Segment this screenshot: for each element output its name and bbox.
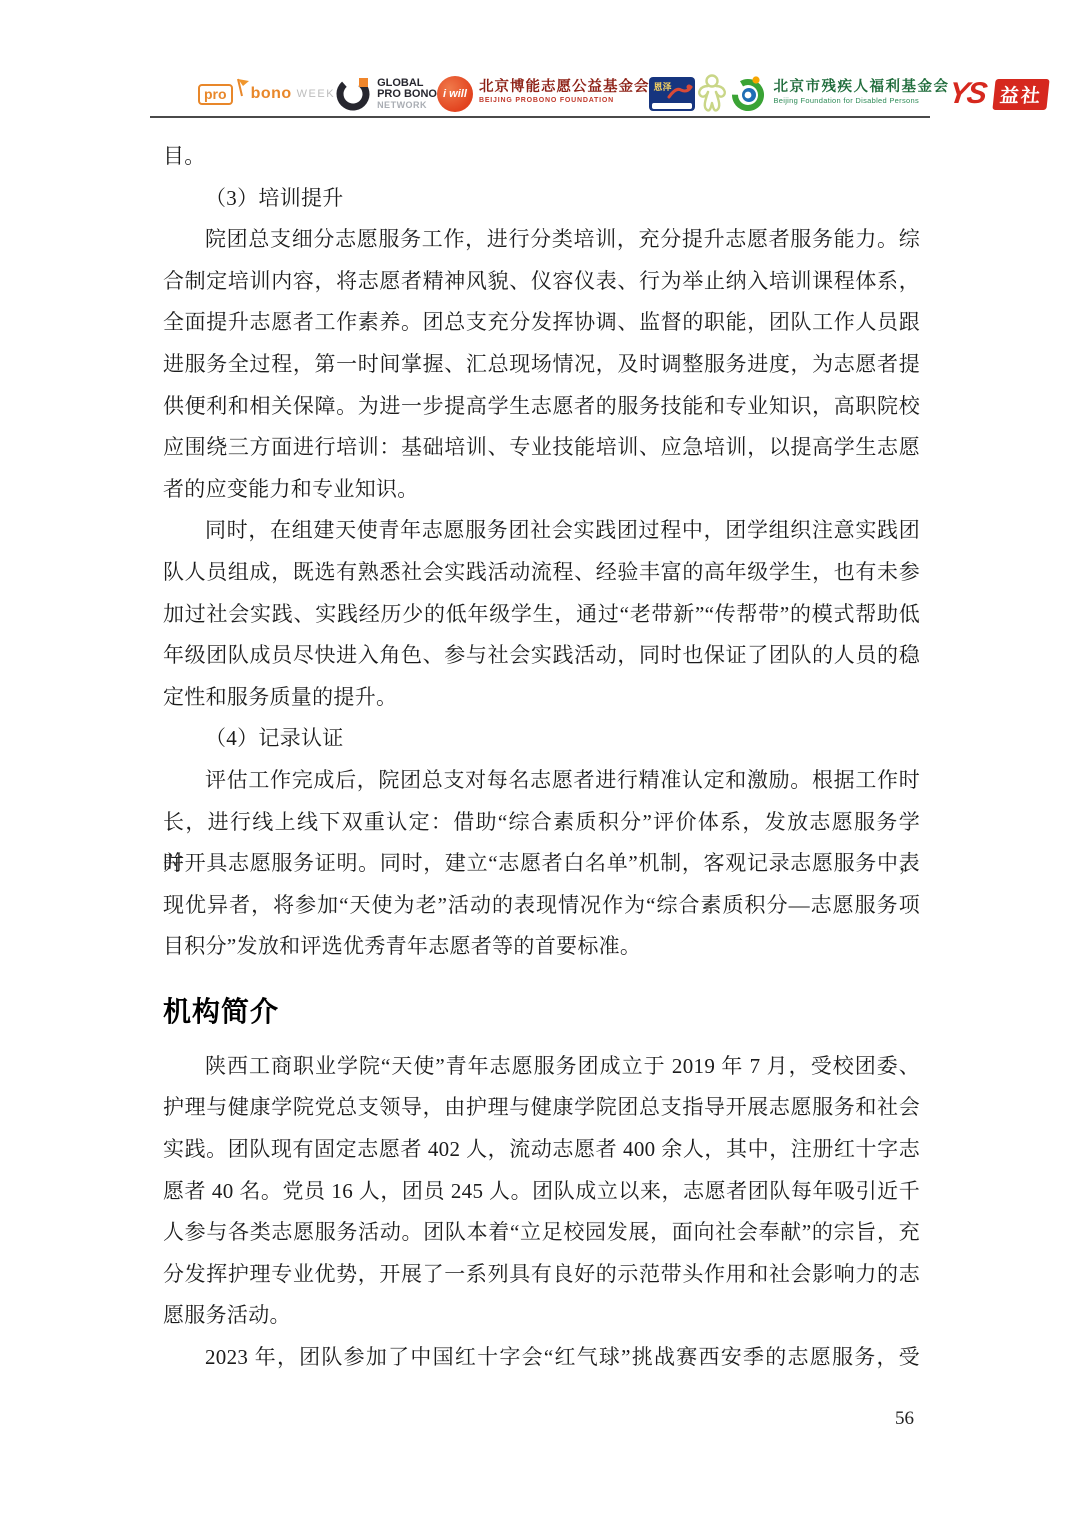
disabled-persons-foundation-logo: 北京市残疾人福利基金会 Beijing Foundation for Disab… <box>729 75 949 113</box>
probono-week-logo: pro bono WEEK <box>198 84 335 105</box>
yishe-cn-label: 益社 <box>992 79 1049 110</box>
probono-week-bono-label: bono <box>251 85 292 103</box>
beijing-probono-foundation-logo: i will 北京博能志愿公益基金会 BEIJING PROBONO FOUND… <box>437 76 650 112</box>
section-heading-organization-intro: 机构简介 <box>163 992 920 1032</box>
body-line: 并开具志愿服务证明。同时，建立“志愿者白名单”机制，客观记录志愿服务中表 <box>163 843 920 885</box>
body-line: 人参与各类志愿服务活动。团队本着“立足校园发展，面向社会奉献”的宗旨，充 <box>163 1212 920 1254</box>
disabled-foundation-cn-label: 北京市残疾人福利基金会 <box>773 80 949 94</box>
body-line: 定性和服务质量的提升。 <box>163 677 920 719</box>
body-line: 分发挥护理专业优势，开展了一系列具有良好的示范带头作用和社会影响力的志 <box>163 1254 920 1296</box>
body-line: 长，进行线上线下双重认定：借助“综合素质积分”评价体系，发放志愿服务学时， <box>163 802 920 844</box>
body-line: （3）培训提升 <box>163 178 920 220</box>
probono-week-pro-label: pro <box>198 84 233 105</box>
body-line: 同时，在组建天使青年志愿服务团社会实践团过程中，团学组织注意实践团 <box>163 510 920 552</box>
body-line: 队人员组成，既选有熟悉社会实践活动流程、经验丰富的高年级学生，也有未参 <box>163 552 920 594</box>
probono-foundation-en-label: BEIJING PROBONO FOUNDATION <box>479 94 650 108</box>
body-line: 实践。团队现有固定志愿者 402 人，流动志愿者 400 余人，其中，注册红十字… <box>163 1129 920 1171</box>
body-line: 愿者 40 名。党员 16 人，团员 245 人。团队成立以来，志愿者团队每年吸… <box>163 1171 920 1213</box>
body-line: 现优异者，将参加“天使为老”活动的表现情况作为“综合素质积分—志愿服务项 <box>163 885 920 927</box>
document-body: 目。 （3）培训提升 院团总支细分志愿服务工作，进行分类培训，充分提升志愿者服务… <box>163 136 920 1379</box>
body-line: 年级团队成员尽快进入角色、参与社会实践活动，同时也保证了团队的人员的稳 <box>163 635 920 677</box>
body-line: 目。 <box>163 136 920 178</box>
body-line: （4）记录认证 <box>163 718 920 760</box>
body-line: 全面提升志愿者工作素养。团总支充分发挥协调、监督的职能，团队工作人员跟 <box>163 302 920 344</box>
global-label: GLOBAL <box>377 78 437 89</box>
body-line: 陕西工商职业学院“天使”青年志愿服务团成立于 2019 年 7 月，受校团委、 <box>163 1046 920 1088</box>
enze-banner <box>652 103 692 109</box>
enze-figure-icon <box>667 83 693 101</box>
body-line: 院团总支细分志愿服务工作，进行分类培训，充分提升志愿者服务能力。综 <box>163 219 920 261</box>
yishe-ys-mark: YS <box>948 80 988 108</box>
iwill-circle-icon: i will <box>437 76 473 112</box>
disabled-foundation-en-label: Beijing Foundation for Disabled Persons <box>773 94 949 108</box>
body-line: 2023 年，团队参加了中国红十字会“红气球”挑战赛西安季的志愿服务，受 <box>163 1337 920 1379</box>
probono-foundation-cn-label: 北京博能志愿公益基金会 <box>479 80 650 94</box>
body-line: 加过社会实践、实践经历少的低年级学生，通过“老带新”“传帮带”的模式帮助低 <box>163 594 920 636</box>
green-figure-icon <box>695 73 729 115</box>
network-label: NETWORK <box>377 100 437 111</box>
enze-logo: 恩泽 <box>649 77 695 111</box>
probono-label: PRO BONO <box>377 89 437 100</box>
flag-icon <box>234 77 250 97</box>
body-line: 者的应变能力和专业知识。 <box>163 469 920 511</box>
global-probono-network-logo: GLOBAL PRO BONO NETWORK <box>335 76 437 112</box>
body-line: 供便利和相关保障。为进一步提高学生志愿者的服务技能和专业知识，高职院校 <box>163 386 920 428</box>
body-line: 目积分”发放和评选优秀青年志愿者等的首要标准。 <box>163 926 920 968</box>
header-logo-strip: pro bono WEEK GLOBAL PRO BONO NETWORK i … <box>198 70 868 118</box>
body-line: 愿服务活动。 <box>163 1295 920 1337</box>
body-line: 应围绕三方面进行培训：基础培训、专业技能培训、应急培训，以提高学生志愿 <box>163 427 920 469</box>
body-line: 护理与健康学院党总支领导，由护理与健康学院团总支指导开展志愿服务和社会 <box>163 1087 920 1129</box>
page-number: 56 <box>895 1408 914 1430</box>
body-line: 进服务全过程，第一时间掌握、汇总现场情况，及时调整服务进度，为志愿者提 <box>163 344 920 386</box>
global-probono-c-icon <box>335 76 371 112</box>
yishe-logo: YS 益社 <box>949 79 1047 110</box>
enze-box-icon: 恩泽 <box>649 77 695 111</box>
header-divider <box>150 116 930 118</box>
disabled-foundation-swirl-icon <box>729 75 767 113</box>
body-line: 评估工作完成后，院团总支对每名志愿者进行精准认定和激励。根据工作时 <box>163 760 920 802</box>
probono-week-week-label: WEEK <box>297 88 335 100</box>
body-line: 合制定培训内容，将志愿者精神风貌、仪容仪表、行为举止纳入培训课程体系， <box>163 261 920 303</box>
